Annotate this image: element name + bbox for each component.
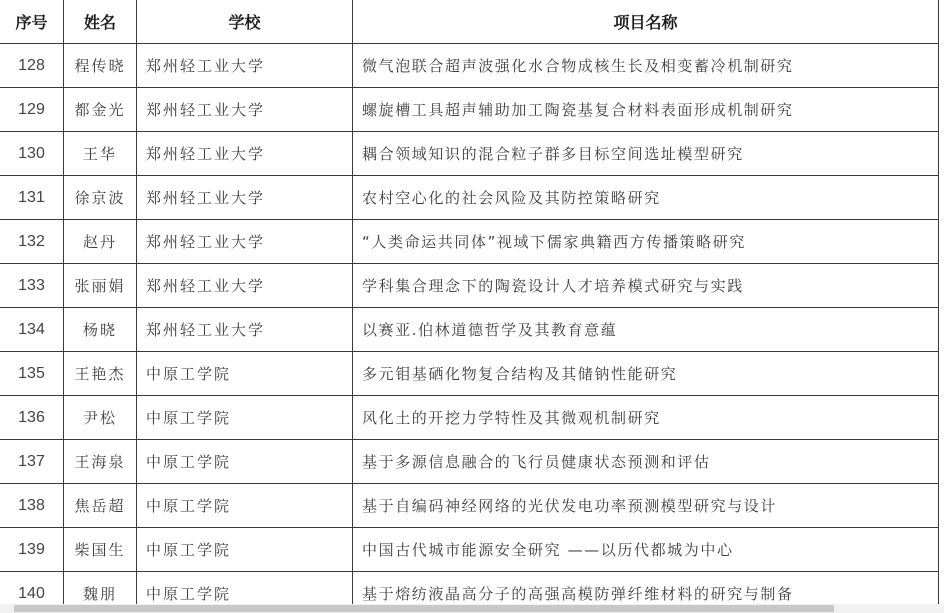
header-row: 序号 姓名 学校 项目名称 <box>0 0 939 44</box>
cell-school: 中原工学院 <box>137 572 353 605</box>
table-row: 137 王海泉 中原工学院 基于多源信息融合的飞行员健康状态预测和评估 <box>0 440 939 484</box>
table-row: 138 焦岳超 中原工学院 基于自编码神经网络的光伏发电功率预测模型研究与设计 <box>0 484 939 528</box>
header-school: 学校 <box>137 0 353 44</box>
cell-name: 赵丹 <box>64 220 137 264</box>
cell-school: 中原工学院 <box>137 352 353 396</box>
cell-project: 中国古代城市能源安全研究 ——以历代都城为中心 <box>353 528 939 572</box>
table-row: 136 尹松 中原工学院 风化土的开挖力学特性及其微观机制研究 <box>0 396 939 440</box>
table-row: 130 王华 郑州轻工业大学 耦合领域知识的混合粒子群多目标空间选址模型研究 <box>0 132 939 176</box>
table-row: 129 都金光 郑州轻工业大学 螺旋槽工具超声辅助加工陶瓷基复合材料表面形成机制… <box>0 88 939 132</box>
table-row: 133 张丽娟 郑州轻工业大学 学科集合理念下的陶瓷设计人才培养模式研究与实践 <box>0 264 939 308</box>
cell-name: 尹松 <box>64 396 137 440</box>
cell-name: 王华 <box>64 132 137 176</box>
cell-project: 微气泡联合超声波强化水合物成核生长及相变蓄冷机制研究 <box>353 44 939 88</box>
cell-project: 螺旋槽工具超声辅助加工陶瓷基复合材料表面形成机制研究 <box>353 88 939 132</box>
cell-name: 都金光 <box>64 88 137 132</box>
cell-seq: 130 <box>0 132 64 176</box>
table-row: 134 杨晓 郑州轻工业大学 以赛亚.伯林道德哲学及其教育意蕴 <box>0 308 939 352</box>
header-name: 姓名 <box>64 0 137 44</box>
cell-seq: 138 <box>0 484 64 528</box>
cell-school: 郑州轻工业大学 <box>137 88 353 132</box>
cell-seq: 133 <box>0 264 64 308</box>
cell-name: 杨晓 <box>64 308 137 352</box>
table-row: 140 魏朋 中原工学院 基于熔纺液晶高分子的高强高模防弹纤维材料的研究与制备 <box>0 572 939 605</box>
project-table: 序号 姓名 学校 项目名称 128 程传晓 郑州轻工业大学 微气泡联合超声波强化… <box>0 0 939 604</box>
cell-seq: 139 <box>0 528 64 572</box>
cell-seq: 140 <box>0 572 64 605</box>
cell-seq: 129 <box>0 88 64 132</box>
cell-seq: 128 <box>0 44 64 88</box>
cell-name: 程传晓 <box>64 44 137 88</box>
cell-school: 郑州轻工业大学 <box>137 308 353 352</box>
cell-seq: 134 <box>0 308 64 352</box>
table-row: 135 王艳杰 中原工学院 多元钼基硒化物复合结构及其储钠性能研究 <box>0 352 939 396</box>
cell-project: 学科集合理念下的陶瓷设计人才培养模式研究与实践 <box>353 264 939 308</box>
cell-name: 王海泉 <box>64 440 137 484</box>
cell-name: 王艳杰 <box>64 352 137 396</box>
cell-name: 柴国生 <box>64 528 137 572</box>
cell-school: 郑州轻工业大学 <box>137 220 353 264</box>
table-row: 139 柴国生 中原工学院 中国古代城市能源安全研究 ——以历代都城为中心 <box>0 528 939 572</box>
cell-school: 郑州轻工业大学 <box>137 132 353 176</box>
cell-school: 中原工学院 <box>137 484 353 528</box>
cell-seq: 132 <box>0 220 64 264</box>
cell-school: 中原工学院 <box>137 396 353 440</box>
header-project: 项目名称 <box>353 0 939 44</box>
cell-name: 张丽娟 <box>64 264 137 308</box>
horizontal-scrollbar[interactable] <box>0 604 944 613</box>
cell-school: 郑州轻工业大学 <box>137 264 353 308</box>
cell-school: 郑州轻工业大学 <box>137 44 353 88</box>
header-seq: 序号 <box>0 0 64 44</box>
cell-seq: 136 <box>0 396 64 440</box>
cell-project: “人类命运共同体”视域下儒家典籍西方传播策略研究 <box>353 220 939 264</box>
cell-project: 多元钼基硒化物复合结构及其储钠性能研究 <box>353 352 939 396</box>
cell-school: 中原工学院 <box>137 528 353 572</box>
table-row: 128 程传晓 郑州轻工业大学 微气泡联合超声波强化水合物成核生长及相变蓄冷机制… <box>0 44 939 88</box>
table-row: 132 赵丹 郑州轻工业大学 “人类命运共同体”视域下儒家典籍西方传播策略研究 <box>0 220 939 264</box>
cell-project: 农村空心化的社会风险及其防控策略研究 <box>353 176 939 220</box>
cell-project: 基于自编码神经网络的光伏发电功率预测模型研究与设计 <box>353 484 939 528</box>
cell-project: 耦合领域知识的混合粒子群多目标空间选址模型研究 <box>353 132 939 176</box>
cell-name: 魏朋 <box>64 572 137 605</box>
cell-project: 风化土的开挖力学特性及其微观机制研究 <box>353 396 939 440</box>
cell-seq: 131 <box>0 176 64 220</box>
cell-seq: 135 <box>0 352 64 396</box>
cell-seq: 137 <box>0 440 64 484</box>
cell-school: 郑州轻工业大学 <box>137 176 353 220</box>
cell-school: 中原工学院 <box>137 440 353 484</box>
cell-project: 以赛亚.伯林道德哲学及其教育意蕴 <box>353 308 939 352</box>
cell-name: 焦岳超 <box>64 484 137 528</box>
table-row: 131 徐京波 郑州轻工业大学 农村空心化的社会风险及其防控策略研究 <box>0 176 939 220</box>
scrollbar-thumb[interactable] <box>14 605 834 612</box>
cell-name: 徐京波 <box>64 176 137 220</box>
table-container: 序号 姓名 学校 项目名称 128 程传晓 郑州轻工业大学 微气泡联合超声波强化… <box>0 0 944 604</box>
cell-project: 基于熔纺液晶高分子的高强高模防弹纤维材料的研究与制备 <box>353 572 939 605</box>
cell-project: 基于多源信息融合的飞行员健康状态预测和评估 <box>353 440 939 484</box>
